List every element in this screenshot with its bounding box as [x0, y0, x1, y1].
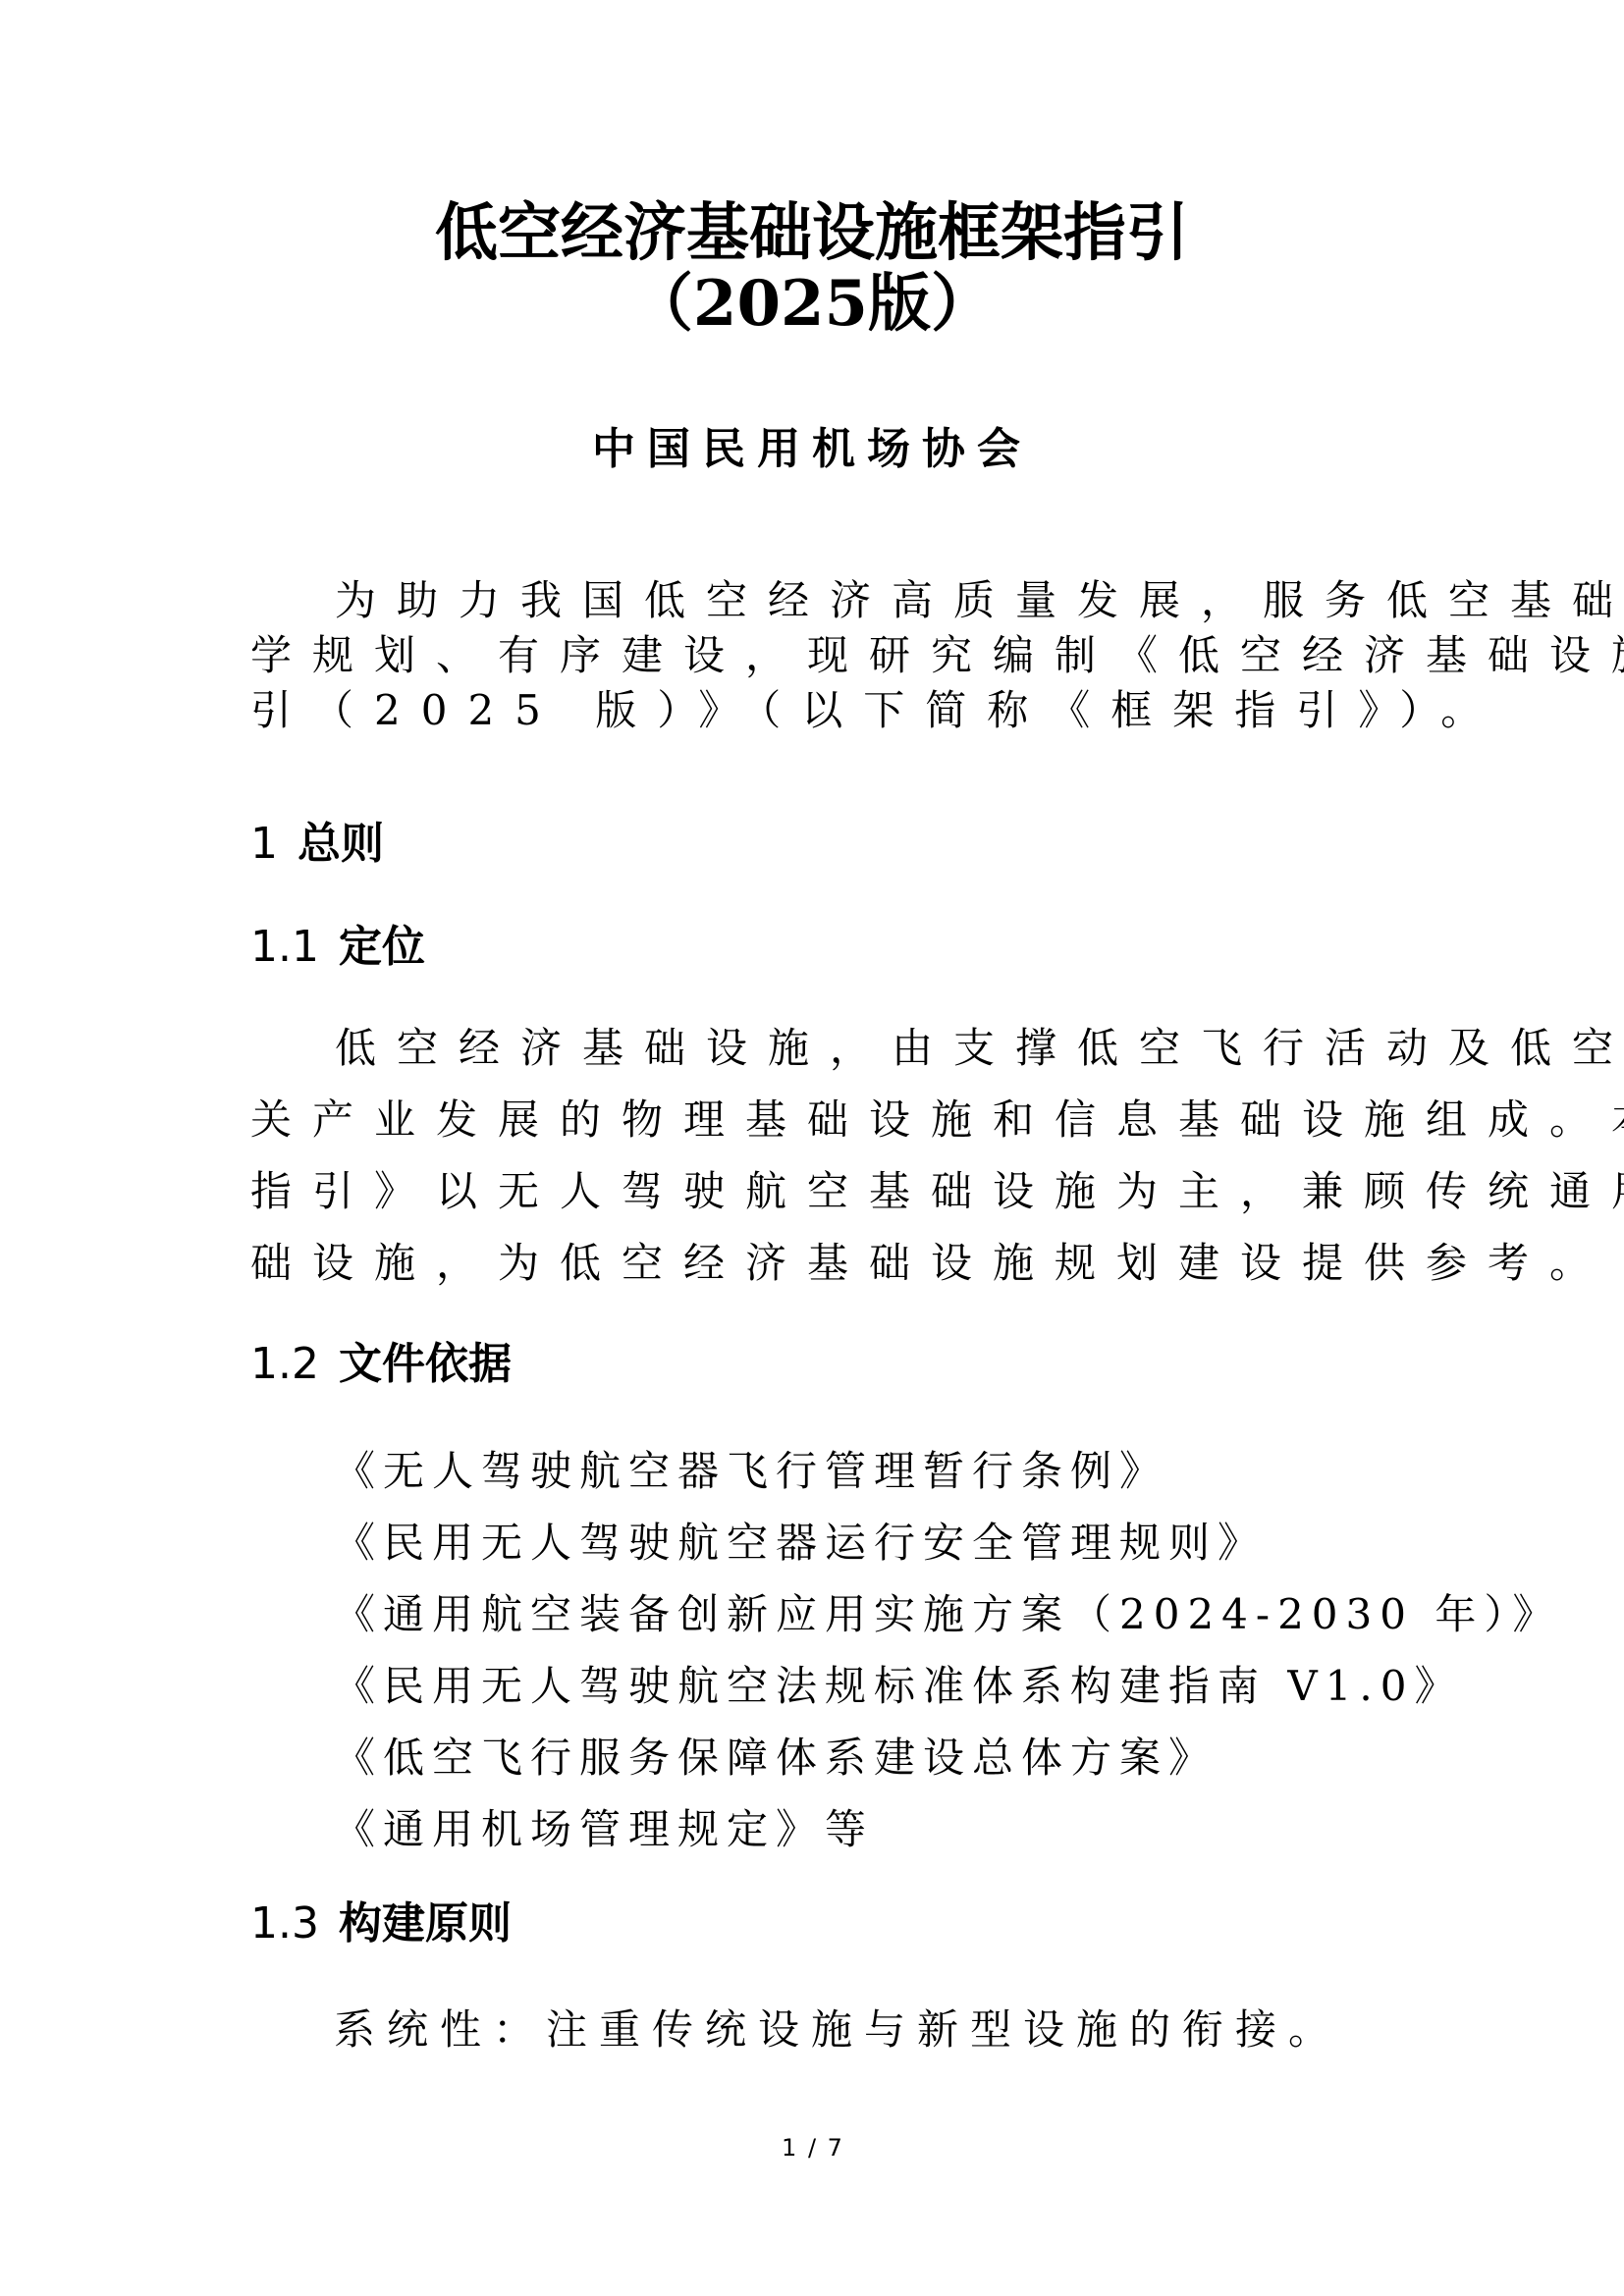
reference-item: 《通用航空装备创新应用实施方案（2024-2030 年）》 [334, 1578, 1414, 1650]
paragraph-line: 引（2025 版）》（以下简称《框架指引》）。 [250, 683, 1389, 738]
reference-list: 《无人驾驶航空器飞行管理暂行条例》 《民用无人驾驶航空器运行安全管理规则》 《通… [334, 1435, 1414, 1865]
section-title: 构建原则 [339, 1898, 512, 1949]
paragraph-line: 关产业发展的物理基础设施和信息基础设施组成。本《框架 [250, 1093, 1389, 1164]
positioning-paragraph: 低空经济基础设施，由支撑低空飞行活动及低空经济相 关产业发展的物理基础设施和信息… [250, 1021, 1389, 1308]
page-number: 1 / 7 [0, 2130, 1624, 2165]
section-heading-1: 1总则 [250, 815, 384, 874]
section-title: 文件依据 [339, 1339, 512, 1389]
paragraph-line: 指引》以无人驾驶航空基础设施为主，兼顾传统通用航空基 [250, 1164, 1389, 1236]
reference-item: 《民用无人驾驶航空器运行安全管理规则》 [334, 1507, 1414, 1578]
paragraph-line: 为助力我国低空经济高质量发展，服务低空基础设施科 [250, 573, 1389, 628]
section-number: 1.3 [250, 1898, 319, 1949]
section-heading-1-1: 1.1定位 [250, 918, 425, 977]
paragraph-line: 础设施，为低空经济基础设施规划建设提供参考。 [250, 1236, 1389, 1308]
issuing-organization: 中国民用机场协会 [0, 420, 1624, 479]
reference-item: 《民用无人驾驶航空法规标准体系构建指南 V1.0》 [334, 1650, 1414, 1722]
section-number: 1.2 [250, 1339, 319, 1389]
paragraph-line: 低空经济基础设施，由支撑低空飞行活动及低空经济相 [250, 1021, 1389, 1093]
section-title: 总则 [298, 819, 384, 869]
document-page: 低空经济基础设施框架指引 （2025版） 中国民用机场协会 为助力我国低空经济高… [0, 0, 1624, 2296]
reference-item: 《低空飞行服务保障体系建设总体方案》 [334, 1722, 1414, 1793]
principle-item: 系统性：注重传统设施与新型设施的衔接。 [334, 2002, 1341, 2057]
section-number: 1.1 [250, 922, 319, 972]
section-title: 定位 [339, 922, 425, 972]
intro-paragraph: 为助力我国低空经济高质量发展，服务低空基础设施科 学规划、有序建设，现研究编制《… [250, 573, 1389, 738]
section-heading-1-2: 1.2文件依据 [250, 1335, 512, 1394]
document-edition: （2025版） [0, 265, 1624, 344]
section-heading-1-3: 1.3构建原则 [250, 1895, 512, 1953]
reference-item: 《无人驾驶航空器飞行管理暂行条例》 [334, 1435, 1414, 1507]
paragraph-line: 学规划、有序建设，现研究编制《低空经济基础设施框架指 [250, 628, 1389, 683]
reference-item: 《通用机场管理规定》等 [334, 1793, 1414, 1865]
document-title: 低空经济基础设施框架指引 [0, 194, 1624, 273]
section-number: 1 [250, 819, 278, 869]
